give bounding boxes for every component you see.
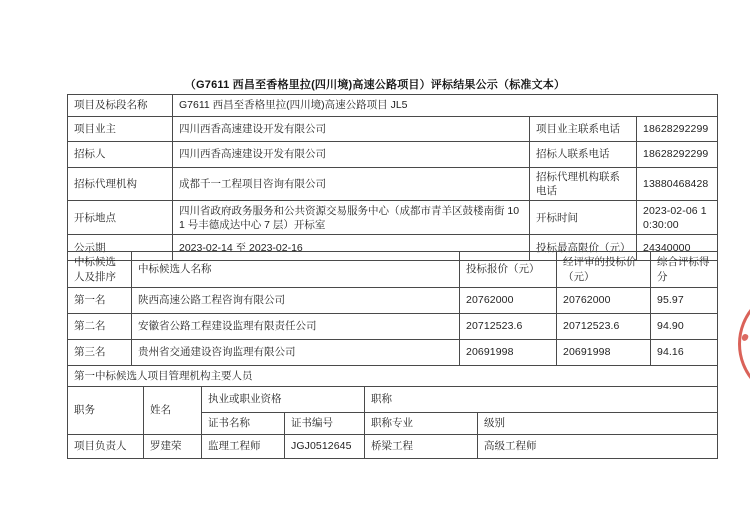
- personnel-cert-no: JGJ0512645: [285, 435, 365, 459]
- info-label: 项目业主联系电话: [530, 117, 637, 142]
- candidate-score: 95.97: [651, 288, 718, 314]
- candidates-table: 中标候选人及排序 中标候选人名称 投标报价（元） 经评审的投标价（元） 综合评标…: [67, 251, 718, 366]
- table-section-title-row: 第一中标候选人项目管理机构主要人员: [68, 366, 718, 387]
- col-header-title-group: 职称: [365, 387, 718, 413]
- personnel-table: 第一中标候选人项目管理机构主要人员 职务 姓名 执业或职业资格 职称 证书名称 …: [67, 365, 718, 459]
- table-row: 第二名 安徽省公路工程建设监理有限责任公司 20712523.6 2071252…: [68, 314, 718, 340]
- red-seal-icon: [738, 287, 750, 401]
- info-label: 开标时间: [530, 201, 637, 235]
- candidate-rank: 第三名: [68, 340, 132, 366]
- col-header-cert-no: 证书编号: [285, 413, 365, 435]
- table-row: 第三名 贵州省交通建设咨询监理有限公司 20691998 20691998 94…: [68, 340, 718, 366]
- table-row: 第一名 陕西高速公路工程咨询有限公司 20762000 20762000 95.…: [68, 288, 718, 314]
- info-label: 招标人联系电话: [530, 142, 637, 168]
- table-header-row: 职务 姓名 执业或职业资格 职称: [68, 387, 718, 413]
- table-row: 开标地点 四川省政府政务服务和公共资源交易服务中心（成都市青羊区鼓楼南街 101…: [68, 201, 718, 235]
- candidate-score: 94.90: [651, 314, 718, 340]
- col-header-rank: 中标候选人及排序: [68, 252, 132, 288]
- page-title: （G7611 西昌至香格里拉(四川境)高速公路项目）评标结果公示（标准文本）: [0, 76, 750, 92]
- info-value: 四川西香高速建设开发有限公司: [173, 117, 530, 142]
- candidate-bid-price: 20691998: [460, 340, 557, 366]
- info-value: 18628292299: [637, 142, 718, 168]
- table-row: 项目负责人 罗建荣 监理工程师 JGJ0512645 桥梁工程 高级工程师: [68, 435, 718, 459]
- personnel-title-level: 高级工程师: [478, 435, 718, 459]
- col-header-position: 职务: [68, 387, 144, 435]
- candidate-rank: 第一名: [68, 288, 132, 314]
- info-label: 项目及标段名称: [68, 95, 173, 117]
- col-header-evaluated-price: 经评审的投标价（元）: [557, 252, 651, 288]
- candidate-bid-price: 20712523.6: [460, 314, 557, 340]
- personnel-section-title: 第一中标候选人项目管理机构主要人员: [68, 366, 718, 387]
- col-header-qualification-group: 执业或职业资格: [202, 387, 365, 413]
- personnel-name: 罗建荣: [144, 435, 202, 459]
- candidate-name: 安徽省公路工程建设监理有限责任公司: [132, 314, 460, 340]
- col-header-cert-name: 证书名称: [202, 413, 285, 435]
- table-header-row: 中标候选人及排序 中标候选人名称 投标报价（元） 经评审的投标价（元） 综合评标…: [68, 252, 718, 288]
- info-value: 18628292299: [637, 117, 718, 142]
- table-row: 招标人 四川西香高速建设开发有限公司 招标人联系电话 18628292299: [68, 142, 718, 168]
- table-row: 招标代理机构 成都千一工程项目咨询有限公司 招标代理机构联系电话 1388046…: [68, 168, 718, 201]
- candidate-rank: 第二名: [68, 314, 132, 340]
- document-page: （G7611 西昌至香格里拉(四川境)高速公路项目）评标结果公示（标准文本） 项…: [0, 0, 750, 530]
- info-value: 四川省政府政务服务和公共资源交易服务中心（成都市青羊区鼓楼南街 101 号丰德成…: [173, 201, 530, 235]
- table-row: 项目业主 四川西香高速建设开发有限公司 项目业主联系电话 18628292299: [68, 117, 718, 142]
- col-header-name: 中标候选人名称: [132, 252, 460, 288]
- info-label: 开标地点: [68, 201, 173, 235]
- project-info-table: 项目及标段名称 G7611 西昌至香格里拉(四川境)高速公路项目 JL5 项目业…: [67, 94, 718, 261]
- col-header-title-level: 级别: [478, 413, 718, 435]
- candidate-name: 陕西高速公路工程咨询有限公司: [132, 288, 460, 314]
- info-value: 成都千一工程项目咨询有限公司: [173, 168, 530, 201]
- candidate-score: 94.16: [651, 340, 718, 366]
- personnel-position: 项目负责人: [68, 435, 144, 459]
- personnel-title-major: 桥梁工程: [365, 435, 478, 459]
- col-header-title-major: 职称专业: [365, 413, 478, 435]
- col-header-bid-price: 投标报价（元）: [460, 252, 557, 288]
- info-value: 2023-02-06 10:30:00: [637, 201, 718, 235]
- candidate-name: 贵州省交通建设咨询监理有限公司: [132, 340, 460, 366]
- table-row: 项目及标段名称 G7611 西昌至香格里拉(四川境)高速公路项目 JL5: [68, 95, 718, 117]
- col-header-name: 姓名: [144, 387, 202, 435]
- info-label: 招标代理机构: [68, 168, 173, 201]
- candidate-evaluated-price: 20712523.6: [557, 314, 651, 340]
- candidate-bid-price: 20762000: [460, 288, 557, 314]
- info-label: 招标人: [68, 142, 173, 168]
- col-header-score: 综合评标得分: [651, 252, 718, 288]
- personnel-cert-name: 监理工程师: [202, 435, 285, 459]
- info-label: 招标代理机构联系电话: [530, 168, 637, 201]
- info-value: 13880468428: [637, 168, 718, 201]
- info-value: G7611 西昌至香格里拉(四川境)高速公路项目 JL5: [173, 95, 718, 117]
- candidate-evaluated-price: 20762000: [557, 288, 651, 314]
- info-value: 四川西香高速建设开发有限公司: [173, 142, 530, 168]
- candidate-evaluated-price: 20691998: [557, 340, 651, 366]
- info-label: 项目业主: [68, 117, 173, 142]
